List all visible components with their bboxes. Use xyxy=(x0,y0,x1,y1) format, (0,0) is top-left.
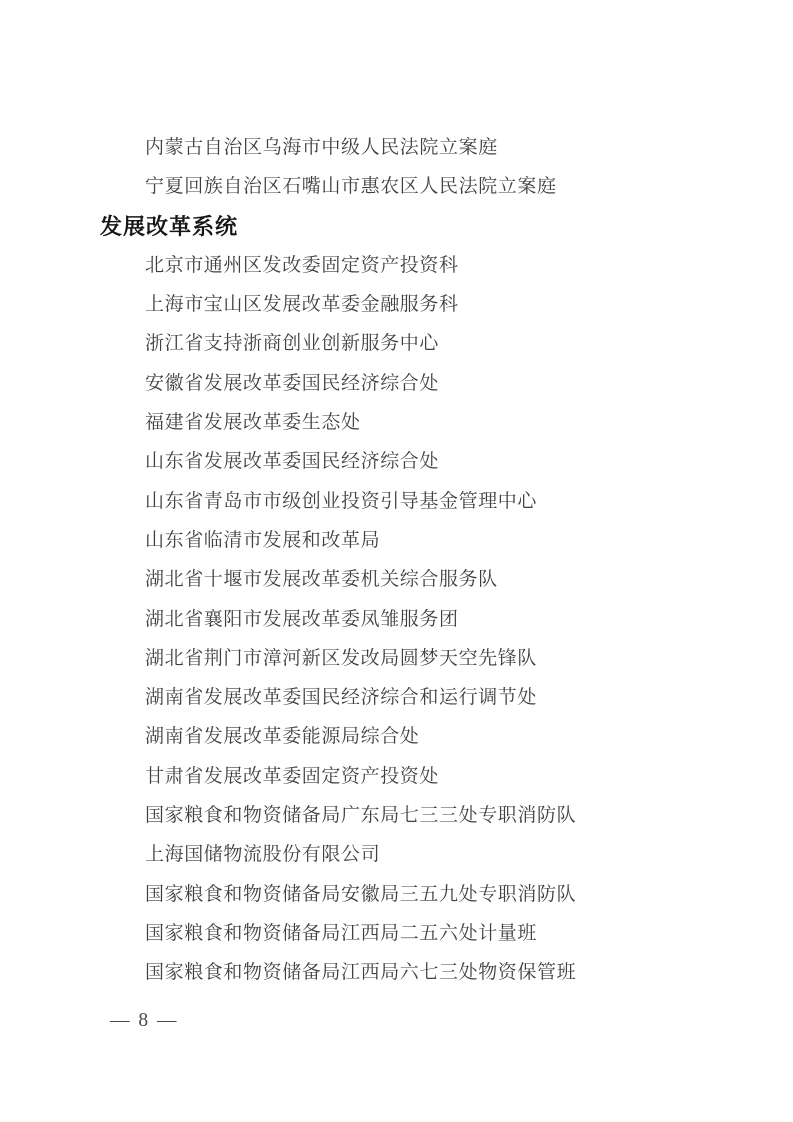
list-item: 湖南省发展改革委国民经济综合和运行调节处 xyxy=(100,678,700,717)
list-item: 宁夏回族自治区石嘴山市惠农区人民法院立案庭 xyxy=(100,167,700,206)
section-heading: 发展改革系统 xyxy=(100,207,700,246)
list-item: 国家粮食和物资储备局江西局六七三处物资保管班 xyxy=(100,953,700,992)
list-item: 国家粮食和物资储备局江西局二五六处计量班 xyxy=(100,914,700,953)
list-item: 福建省发展改革委生态处 xyxy=(100,403,700,442)
list-item: 湖北省荆门市漳河新区发改局圆梦天空先锋队 xyxy=(100,639,700,678)
list-item: 上海市宝山区发展改革委金融服务科 xyxy=(100,285,700,324)
list-item: 湖南省发展改革委能源局综合处 xyxy=(100,717,700,756)
award-list: 内蒙古自治区乌海市中级人民法院立案庭 宁夏回族自治区石嘴山市惠农区人民法院立案庭… xyxy=(100,128,700,993)
list-item: 山东省青岛市市级创业投资引导基金管理中心 xyxy=(100,482,700,521)
page-number: — 8 — xyxy=(110,1006,179,1036)
list-item: 上海国储物流股份有限公司 xyxy=(100,835,700,874)
list-item: 湖北省十堰市发展改革委机关综合服务队 xyxy=(100,560,700,599)
list-item: 内蒙古自治区乌海市中级人民法院立案庭 xyxy=(100,128,700,167)
list-item: 山东省临清市发展和改革局 xyxy=(100,521,700,560)
list-item: 北京市通州区发改委固定资产投资科 xyxy=(100,246,700,285)
list-item: 国家粮食和物资储备局安徽局三五九处专职消防队 xyxy=(100,875,700,914)
list-item: 国家粮食和物资储备局广东局七三三处专职消防队 xyxy=(100,796,700,835)
list-item: 山东省发展改革委国民经济综合处 xyxy=(100,442,700,481)
list-item: 湖北省襄阳市发展改革委凤雏服务团 xyxy=(100,600,700,639)
list-item: 安徽省发展改革委国民经济综合处 xyxy=(100,364,700,403)
list-item: 甘肃省发展改革委固定资产投资处 xyxy=(100,757,700,796)
document-page: 内蒙古自治区乌海市中级人民法院立案庭 宁夏回族自治区石嘴山市惠农区人民法院立案庭… xyxy=(0,0,793,1122)
list-item: 浙江省支持浙商创业创新服务中心 xyxy=(100,324,700,363)
